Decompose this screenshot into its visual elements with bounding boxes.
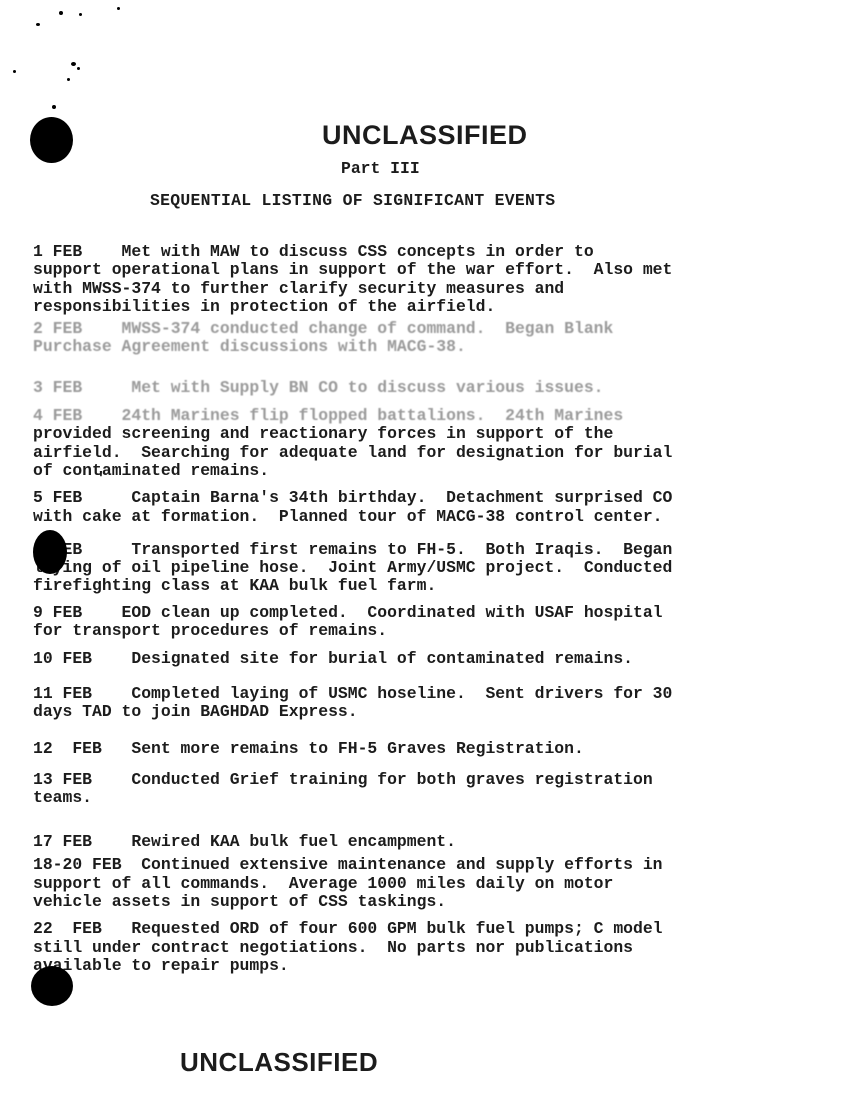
event-line: 18-20 FEB Continued extensive maintenanc…	[33, 856, 733, 874]
event-line: of contaminated remains.	[33, 462, 733, 480]
event-line: available to repair pumps.	[33, 957, 733, 975]
event-line: 22 FEB Requested ORD of four 600 GPM bul…	[33, 920, 733, 938]
event-entry-10-feb: 10 FEB Designated site for burial of con…	[33, 650, 733, 668]
event-entry-9-feb: 9 FEB EOD clean up completed. Coordinate…	[33, 604, 733, 641]
scan-speck	[117, 7, 120, 10]
event-line: laying of oil pipeline hose. Joint Army/…	[33, 559, 733, 577]
event-line: still under contract negotiations. No pa…	[33, 939, 733, 957]
event-list: 1 FEB Met with MAW to discuss CSS concep…	[33, 243, 733, 975]
hole-punch-dot-icon	[30, 117, 73, 163]
section-title: SEQUENTIAL LISTING OF SIGNIFICANT EVENTS	[150, 192, 555, 210]
part-line: Part III	[341, 160, 420, 178]
event-entry-4-feb: 4 FEB 24th Marines flip flopped battalio…	[33, 407, 733, 480]
scan-speck	[67, 78, 70, 81]
scan-speck	[13, 70, 16, 73]
event-entry-11-feb: 11 FEB Completed laying of USMC hoseline…	[33, 685, 733, 722]
event-entry-12-feb: 12 FEB Sent more remains to FH-5 Graves …	[33, 740, 733, 758]
event-line: days TAD to join BAGHDAD Express.	[33, 703, 733, 721]
event-line: 12 FEB Sent more remains to FH-5 Graves …	[33, 740, 733, 758]
event-line: 4 FEB 24th Marines flip flopped battalio…	[33, 407, 733, 425]
event-entry-17-feb: 17 FEB Rewired KAA bulk fuel encampment.	[33, 833, 733, 851]
event-entry-2-feb: 2 FEB MWSS-374 conducted change of comma…	[33, 320, 733, 357]
event-line: airfield. Searching for adequate land fo…	[33, 444, 733, 462]
scan-speck	[77, 67, 80, 70]
event-line: 10 FEB Designated site for burial of con…	[33, 650, 733, 668]
event-line: with MWSS-374 to further clarify securit…	[33, 280, 733, 298]
classification-footer: UNCLASSIFIED	[180, 1047, 378, 1078]
event-line: support operational plans in support of …	[33, 261, 733, 279]
event-line: 8 FEB Transported first remains to FH-5.…	[33, 541, 733, 559]
classification-header: UNCLASSIFIED	[322, 120, 528, 151]
event-line: provided screening and reactionary force…	[33, 425, 733, 443]
event-entry-18-20-feb: 18-20 FEB Continued extensive maintenanc…	[33, 856, 733, 911]
scan-speck	[52, 105, 56, 109]
event-line: 13 FEB Conducted Grief training for both…	[33, 771, 733, 789]
event-entry-22-feb: 22 FEB Requested ORD of four 600 GPM bul…	[33, 920, 733, 975]
event-line: 1 FEB Met with MAW to discuss CSS concep…	[33, 243, 733, 261]
event-line: for transport procedures of remains.	[33, 622, 733, 640]
event-entry-13-feb: 13 FEB Conducted Grief training for both…	[33, 771, 733, 808]
event-entry-5-feb: 5 FEB Captain Barna's 34th birthday. Det…	[33, 489, 733, 526]
event-line: vehicle assets in support of CSS tasking…	[33, 893, 733, 911]
hole-punch-dot-icon	[33, 530, 67, 574]
scan-speck	[71, 62, 76, 66]
event-entry-3-feb: 3 FEB Met with Supply BN CO to discuss v…	[33, 379, 733, 397]
event-line: teams.	[33, 789, 733, 807]
event-line: responsibilities in protection of the ai…	[33, 298, 733, 316]
event-line: firefighting class at KAA bulk fuel farm…	[33, 577, 733, 595]
scan-speck	[79, 13, 82, 16]
event-line: support of all commands. Average 1000 mi…	[33, 875, 733, 893]
hole-punch-dot-icon	[31, 966, 73, 1006]
event-line: 11 FEB Completed laying of USMC hoseline…	[33, 685, 733, 703]
event-line: 9 FEB EOD clean up completed. Coordinate…	[33, 604, 733, 622]
event-entry-1-feb: 1 FEB Met with MAW to discuss CSS concep…	[33, 243, 733, 316]
event-line: 3 FEB Met with Supply BN CO to discuss v…	[33, 379, 733, 397]
event-line: Purchase Agreement discussions with MACG…	[33, 338, 733, 356]
scan-speck	[36, 23, 40, 26]
event-line: with cake at formation. Planned tour of …	[33, 508, 733, 526]
event-line: 5 FEB Captain Barna's 34th birthday. Det…	[33, 489, 733, 507]
event-line: 17 FEB Rewired KAA bulk fuel encampment.	[33, 833, 733, 851]
event-line: 2 FEB MWSS-374 conducted change of comma…	[33, 320, 733, 338]
event-entry-8-feb: 8 FEB Transported first remains to FH-5.…	[33, 541, 733, 596]
scan-speck	[59, 11, 63, 15]
